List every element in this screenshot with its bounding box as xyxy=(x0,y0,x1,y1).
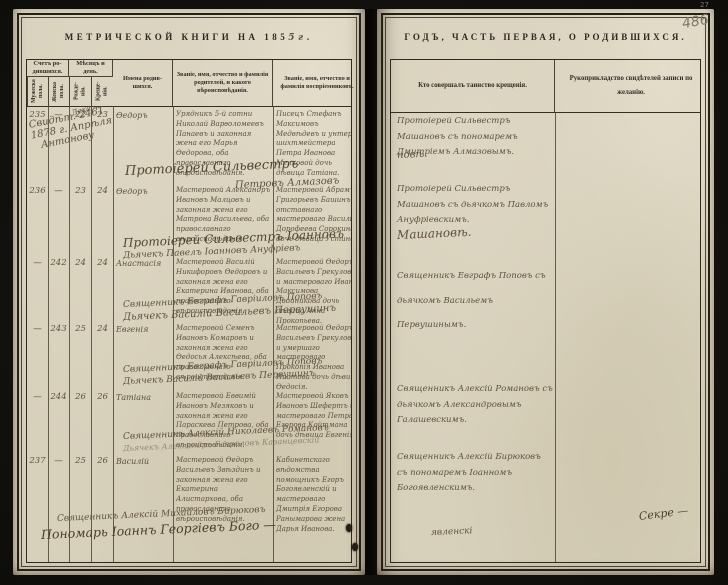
header-date-born: Рожде- нія. xyxy=(69,77,91,106)
column-divider xyxy=(113,106,114,562)
row-date-born: 25 xyxy=(71,456,90,468)
binding-hole xyxy=(352,543,358,551)
right-page: ГОДЪ, ЧАСТЬ ПЕРВАЯ, О РОДИВШИХСЯ. Кто со… xyxy=(377,9,714,575)
header-count-group: Счетъ ро- дившихся. xyxy=(27,60,69,77)
column-divider xyxy=(273,106,274,562)
header-count-male: Мужеска пола. xyxy=(27,77,48,106)
officiant-entry: Протоіерей Сильвестръ Машановъ съ дьячко… xyxy=(397,182,553,229)
row-number-male: 235 xyxy=(28,110,47,122)
row-date-baptized: 26 xyxy=(93,456,112,468)
row-number-male: 237 xyxy=(28,456,47,468)
left-page-frame: МЕТРИЧЕСКОЙ КНИГИ НА 1855г. Счетъ ро- ди… xyxy=(17,13,361,571)
row-number-female: — xyxy=(49,110,68,122)
row-name: Татіана xyxy=(116,392,171,403)
header-godparents: Званіе, имя, отчество и фамилія воспріем… xyxy=(273,60,361,106)
table-header: Счетъ ро- дившихся. Мужеска пола. Женска… xyxy=(27,60,351,107)
right-page-title: ГОДЪ, ЧАСТЬ ПЕРВАЯ, О РОДИВШИХСЯ. xyxy=(383,15,708,42)
officiants-body: Протоіерей Сильвестръ Машановъ съ понома… xyxy=(391,112,700,562)
header-date-group: Мѣсяцъ и день. xyxy=(69,60,113,77)
row-name: Ѳедоръ xyxy=(116,110,171,121)
header-names: Имена родив- шихся. xyxy=(113,60,173,106)
row-date-baptized: 24 xyxy=(93,324,112,336)
header-date-baptized: Креще- нія. xyxy=(91,77,113,106)
officiant-entry: Священникъ Алексій Романовъ съ дьячкомъ … xyxy=(397,382,553,429)
officiants-table: Кто совершалъ таинство крещенія. Рукопри… xyxy=(390,59,701,563)
left-page: МЕТРИЧЕСКОЙ КНИГИ НА 1855г. Счетъ ро- ди… xyxy=(13,9,365,575)
stray-mark: новѣ. xyxy=(397,149,428,161)
left-title-year: 5г. xyxy=(288,33,313,43)
column-divider xyxy=(555,112,556,562)
row-date-baptized: 24 xyxy=(93,186,112,198)
row-number-female: — xyxy=(49,186,68,198)
archival-photo: МЕТРИЧЕСКОЙ КНИГИ НА 1855г. Счетъ ро- ди… xyxy=(0,0,728,585)
row-number-male: 236 xyxy=(28,186,47,198)
row-number-male: — xyxy=(28,324,47,336)
row-godparents: Кабинетскаго вѣдомства помощникъ Егоръ Б… xyxy=(276,456,351,534)
header-witnesses: Рукоприкладство свидѣтелей записи по жел… xyxy=(555,60,707,112)
row-name: Ѳедоръ xyxy=(116,186,171,197)
row-date-born: 26 xyxy=(71,392,90,404)
row-date-baptized: 23 xyxy=(93,110,112,122)
left-title-text: МЕТРИЧЕСКОЙ КНИГИ НА 185 xyxy=(65,32,288,42)
binding-overflow-text: явленскі xyxy=(431,526,473,538)
row-number-male: — xyxy=(28,258,47,270)
right-page-frame: ГОДЪ, ЧАСТЬ ПЕРВАЯ, О РОДИВШИХСЯ. Кто со… xyxy=(381,13,710,571)
row-number-female: 242 xyxy=(49,258,68,270)
row-date-baptized: 26 xyxy=(93,392,112,404)
row-date-born: 23 xyxy=(71,186,90,198)
officiant-entry: Священникъ Евграфъ Поповъ съ дьячкомъ Ва… xyxy=(397,264,553,338)
header-parents: Званіе, имя, отчество и фамилія родителе… xyxy=(173,60,273,106)
row-number-female: 243 xyxy=(49,324,68,336)
row-date-born: 22 xyxy=(71,110,90,122)
row-date-baptized: 24 xyxy=(93,258,112,270)
left-page-title: МЕТРИЧЕСКОЙ КНИГИ НА 1855г. xyxy=(19,15,359,43)
row-date-born: 25 xyxy=(71,324,90,336)
binding-hole xyxy=(346,524,352,532)
column-divider xyxy=(69,106,70,562)
officiant-entry: Священникъ Алексій Бирюковъ съ пономарем… xyxy=(397,450,553,497)
secretary-mark: Секре — xyxy=(638,504,689,523)
corner-pencil-mark: 27 xyxy=(700,1,709,9)
register-table: Счетъ ро- дившихся. Мужеска пола. Женска… xyxy=(26,59,352,563)
row-date-born: 24 xyxy=(71,258,90,270)
row-number-female: — xyxy=(49,456,68,468)
stray-mark: Машановѣ. xyxy=(397,225,472,242)
row-number-female: 244 xyxy=(49,392,68,404)
header-officiant: Кто совершалъ таинство крещенія. xyxy=(391,60,555,112)
right-table-header: Кто совершалъ таинство крещенія. Рукопри… xyxy=(391,60,700,113)
header-count-female: Женска пола. xyxy=(48,77,69,106)
row-number-male: — xyxy=(28,392,47,404)
column-divider xyxy=(91,106,92,562)
row-name: Евгенія xyxy=(116,324,171,335)
row-name: Василій xyxy=(116,456,171,467)
register-body: Декабрь Свидѣт. 2461 1878 г. Апрѣля Анто… xyxy=(27,106,351,562)
